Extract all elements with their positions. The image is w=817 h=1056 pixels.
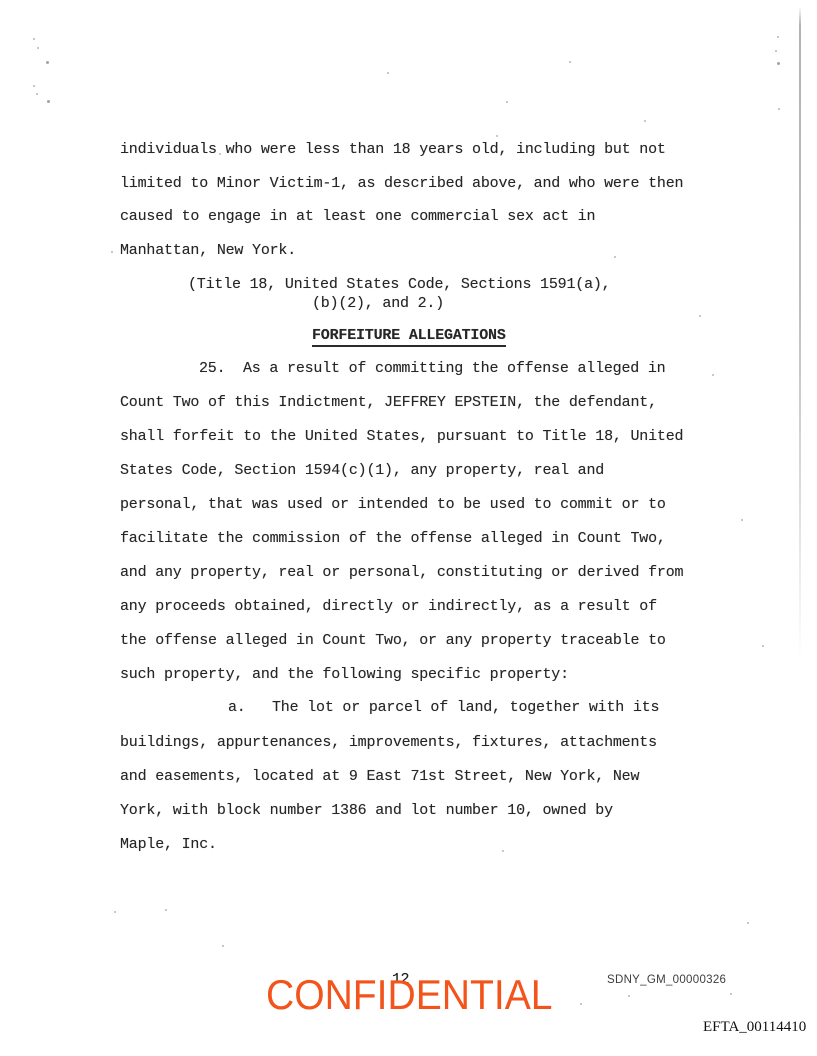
scan-speck — [777, 62, 780, 65]
scan-speck — [33, 85, 35, 87]
scan-speck — [114, 911, 116, 913]
scan-speck — [47, 100, 50, 103]
scan-speck — [165, 909, 167, 911]
statute-citation-line: (Title 18, United States Code, Sections … — [188, 276, 610, 293]
scan-speck — [747, 922, 749, 924]
body-line: personal, that was used or intended to b… — [120, 496, 666, 513]
scan-speck — [699, 315, 701, 317]
scan-speck — [37, 47, 39, 49]
body-line: individuals who were less than 18 years … — [120, 141, 666, 158]
body-line: and any property, real or personal, cons… — [120, 564, 683, 581]
scan-speck — [219, 153, 221, 155]
document-page: individuals who were less than 18 years … — [0, 0, 817, 1056]
scan-edge-line — [799, 6, 801, 662]
bates-number-efta: EFTA_00114410 — [703, 1019, 806, 1036]
body-line: shall forfeit to the United States, purs… — [120, 428, 683, 445]
scan-speck — [496, 135, 498, 137]
body-line: any proceeds obtained, directly or indir… — [120, 598, 657, 615]
body-line: States Code, Section 1594(c)(1), any pro… — [120, 462, 604, 479]
body-line: the offense alleged in Count Two, or any… — [120, 632, 666, 649]
scan-speck — [569, 61, 571, 63]
scan-speck — [111, 251, 113, 253]
scan-speck — [547, 146, 549, 148]
scan-speck — [777, 36, 779, 38]
scan-speck — [580, 1003, 582, 1005]
scan-speck — [712, 374, 714, 376]
body-line: caused to engage in at least one commerc… — [120, 208, 595, 225]
scan-speck — [46, 61, 49, 64]
bates-number-sdny: SDNY_GM_00000326 — [607, 974, 726, 986]
scan-speck — [222, 945, 224, 947]
body-line: facilitate the commission of the offense… — [120, 530, 666, 547]
scan-speck — [775, 50, 777, 52]
section-heading-text: FORFEITURE ALLEGATIONS — [312, 327, 506, 347]
statute-citation-line: (b)(2), and 2.) — [312, 295, 444, 312]
scan-speck — [741, 519, 743, 521]
scan-speck — [614, 256, 616, 258]
body-line: Maple, Inc. — [120, 836, 217, 853]
body-line: Count Two of this Indictment, JEFFREY EP… — [120, 394, 657, 411]
scan-speck — [502, 850, 504, 852]
body-line: buildings, appurtenances, improvements, … — [120, 734, 657, 751]
body-line: York, with block number 1386 and lot num… — [120, 802, 613, 819]
scan-speck — [778, 108, 780, 110]
scan-speck — [506, 101, 508, 103]
scan-speck — [387, 72, 389, 74]
body-line: limited to Minor Victim-1, as described … — [120, 175, 683, 192]
scan-speck — [730, 993, 732, 995]
scan-speck — [33, 38, 35, 40]
confidential-stamp: CONFIDENTIAL — [266, 974, 552, 1016]
scan-speck — [644, 120, 646, 122]
scan-speck — [36, 93, 38, 95]
scan-speck — [628, 995, 630, 997]
section-heading: FORFEITURE ALLEGATIONS — [312, 327, 506, 344]
scan-speck — [762, 645, 764, 647]
body-line: Manhattan, New York. — [120, 242, 296, 259]
body-line: 25. As a result of committing the offens… — [199, 360, 665, 377]
body-line: and easements, located at 9 East 71st St… — [120, 768, 639, 785]
body-line: such property, and the following specifi… — [120, 666, 569, 683]
body-line: a. The lot or parcel of land, together w… — [228, 699, 659, 716]
